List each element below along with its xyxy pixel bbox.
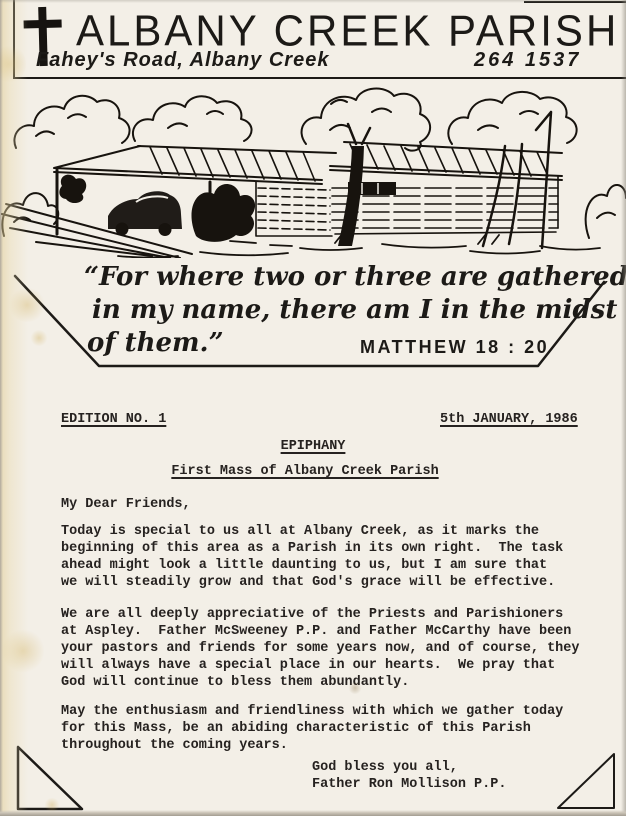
- letter-paragraph-1: Today is special to us all at Albany Cre…: [61, 523, 613, 591]
- corner-triangle-right-icon: [552, 750, 618, 812]
- paper-edge-bottom: [0, 810, 626, 816]
- edition-label: EDITION NO. 1: [61, 411, 166, 428]
- age-stain: [2, 628, 44, 674]
- newsletter-page: ALBANY CREEK PARISH Fahey's Road, Albany…: [0, 0, 626, 816]
- scripture-reference: MATTHEW 18 : 20: [360, 337, 549, 358]
- scripture-line-1: “For where two or three are gathered: [84, 262, 626, 292]
- parish-building-sketch: [0, 86, 626, 258]
- parish-phone: 264 1537: [474, 49, 581, 72]
- header-top-border: [524, 1, 626, 3]
- scripture-line-2: in my name, there am I in the midst: [92, 295, 617, 325]
- feast-title: EPIPHANY: [281, 439, 346, 454]
- scripture-line-3: of them.”: [87, 328, 224, 358]
- letter-paragraph-2: We are all deeply appreciative of the Pr…: [61, 606, 613, 691]
- corner-triangle-left-icon: [14, 744, 88, 812]
- issue-date: 5th JANUARY, 1986: [440, 411, 578, 428]
- headline: First Mass of Albany Creek Parish: [171, 464, 438, 479]
- salutation: My Dear Friends,: [61, 496, 191, 513]
- letter-paragraph-3: May the enthusiasm and friendliness with…: [61, 703, 613, 754]
- cross-horizontal-bar: [24, 20, 62, 29]
- parish-address: Fahey's Road, Albany Creek: [36, 49, 329, 72]
- closing-signature: God bless you all, Father Ron Mollison P…: [312, 759, 506, 793]
